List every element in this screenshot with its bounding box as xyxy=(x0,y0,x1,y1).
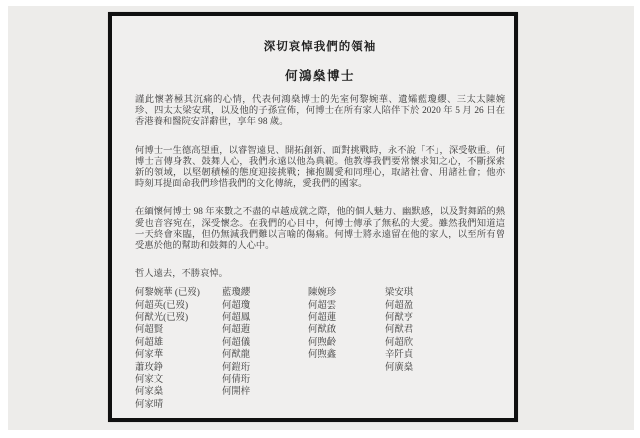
family-member-name: 梁安琪 xyxy=(385,287,505,299)
family-member-name: 何超英(已歿) xyxy=(135,300,222,312)
family-member-name: 何家晴 xyxy=(135,399,222,411)
family-name-column: 陳婉珍何超雲何超蓮何猷啟何煦齡何煦鑫 xyxy=(308,287,385,411)
obituary-paragraph: 在緬懷何博士 98 年來數之不盡的卓越成就之際，他的個人魅力、幽默感，以及對舞蹈… xyxy=(135,207,505,252)
family-member-name: 何超盈 xyxy=(385,300,505,312)
family-member-name: 何猷亨 xyxy=(385,312,505,324)
family-member-name: 何超鳳 xyxy=(222,312,308,324)
family-member-name: 何超儀 xyxy=(222,337,308,349)
family-member-name: 何煦齡 xyxy=(308,337,385,349)
family-member-name: 何猷啟 xyxy=(308,324,385,336)
family-name-column: 何黎婉華 (已歿)何超英(已歿)何猷光(已歿)何超賢何超雄何家華蕭玫錚何家文何家… xyxy=(135,287,222,411)
family-member-name: 何猷光(已歿) xyxy=(135,312,222,324)
family-member-name: 何超賢 xyxy=(135,324,222,336)
obituary-notice-box: 深切哀悼我們的領袖 何鴻燊博士 謹此懷著極其沉痛的心情，代表何鴻燊博士的先室何黎… xyxy=(108,12,518,422)
family-name-column: 梁安琪何超盈何猷亨何猷君何超欣辛阡貞何廣燊 xyxy=(385,287,505,411)
family-member-name: 何廣燊 xyxy=(385,362,505,374)
family-member-name: 何家華 xyxy=(135,349,222,361)
family-member-name: 何超瓊 xyxy=(222,300,308,312)
family-member-name: 何超雄 xyxy=(135,337,222,349)
family-member-name: 何猷君 xyxy=(385,324,505,336)
family-member-name: 何家文 xyxy=(135,374,222,386)
family-member-name: 蕭玫錚 xyxy=(135,362,222,374)
family-member-name: 何倩珩 xyxy=(222,374,308,386)
family-member-name: 何超蕸 xyxy=(222,324,308,336)
family-member-name: 辛阡貞 xyxy=(385,349,505,361)
deceased-name: 何鴻燊博士 xyxy=(135,66,505,84)
family-member-name: 何超蓮 xyxy=(308,312,385,324)
obituary-paragraph: 謹此懷著極其沉痛的心情，代表何鴻燊博士的先室何黎婉華、遺孀藍瓊纓、三太太陳婉珍、… xyxy=(135,95,505,129)
family-name-column: 藍瓊纓何超瓊何超鳳何超蕸何超儀何猷龍何鎧珩何倩珩何開梓 xyxy=(222,287,308,411)
family-member-name: 何煦鑫 xyxy=(308,349,385,361)
closing-line: 哲人遠去，不勝哀悼。 xyxy=(135,269,505,280)
family-name-grid: 何黎婉華 (已歿)何超英(已歿)何猷光(已歿)何超賢何超雄何家華蕭玫錚何家文何家… xyxy=(135,287,505,411)
family-member-name: 藍瓊纓 xyxy=(222,287,308,299)
family-member-name: 陳婉珍 xyxy=(308,287,385,299)
family-member-name: 何超雲 xyxy=(308,300,385,312)
obituary-paragraphs: 謹此懷著極其沉痛的心情，代表何鴻燊博士的先室何黎婉華、遺孀藍瓊纓、三太太陳婉珍、… xyxy=(135,95,505,252)
obituary-paragraph: 何博士一生德高望重，以睿智遠見、開拓創新、面對挑戰時，永不說「不」，深受敬重。何… xyxy=(135,146,505,191)
family-member-name: 何猷龍 xyxy=(222,349,308,361)
photo-background: 深切哀悼我們的領袖 何鴻燊博士 謹此懷著極其沉痛的心情，代表何鴻燊博士的先室何黎… xyxy=(8,6,634,430)
family-member-name: 何開梓 xyxy=(222,386,308,398)
family-member-name: 何超欣 xyxy=(385,337,505,349)
obituary-title: 深切哀悼我們的領袖 xyxy=(135,38,505,54)
family-member-name: 何鎧珩 xyxy=(222,362,308,374)
obituary-content: 深切哀悼我們的領袖 何鴻燊博士 謹此懷著極其沉痛的心情，代表何鴻燊博士的先室何黎… xyxy=(112,16,514,411)
family-member-name: 何黎婉華 (已歿) xyxy=(135,287,222,299)
family-member-name: 何家燊 xyxy=(135,386,222,398)
